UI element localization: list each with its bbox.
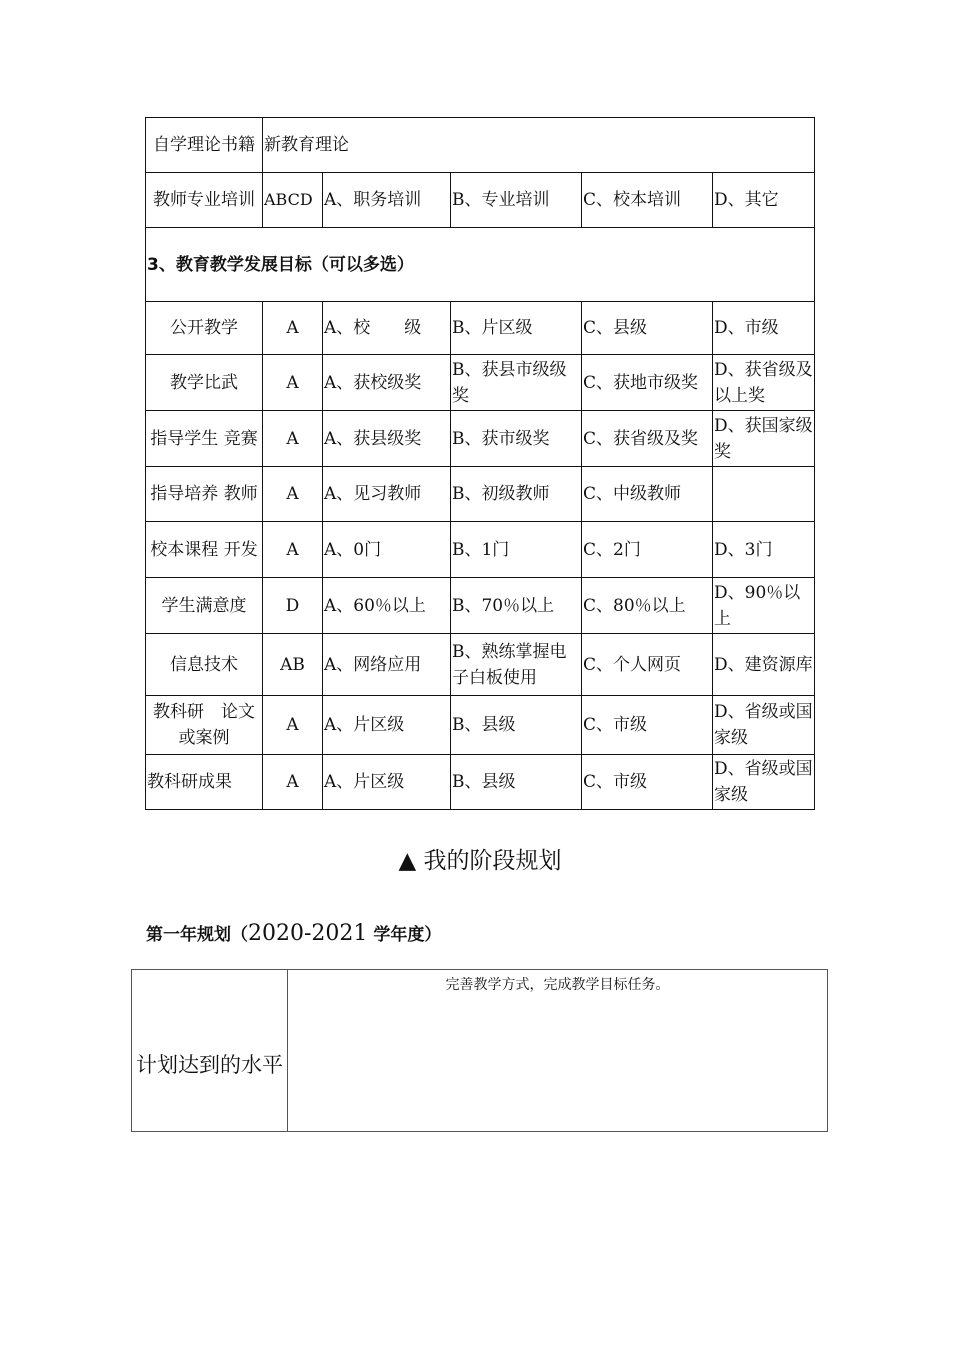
option-d: D、其它 <box>713 173 815 228</box>
table-row: 教科研 论文或案例 A A、片区级 B、县级 C、市级 D、省级或国家级 <box>146 696 815 755</box>
row-answer: A <box>263 302 323 355</box>
year-title-suffix: 学年度） <box>367 925 441 945</box>
table-row: 教科研成果 A A、片区级 B、县级 C、市级 D、省级或国家级 <box>146 755 815 810</box>
table-row: 校本课程 开发 A A、0门 B、1门 C、2门 D、3门 <box>146 522 815 578</box>
row-label: 教学比武 <box>146 355 263 411</box>
row-answer: ABCD <box>263 173 323 228</box>
year-plan-title: 第一年规划（2020-2021 学年度） <box>146 920 441 946</box>
option-b: B、获市级奖 <box>451 411 582 467</box>
option-b: B、县级 <box>451 696 582 755</box>
table-row: 指导学生 竞赛 A A、获县级奖 B、获市级奖 C、获省级及奖 D、获国家级奖 <box>146 411 815 467</box>
option-a: A、0门 <box>323 522 451 578</box>
row-answer: A <box>263 522 323 578</box>
row-value: 新教育理论 <box>263 118 815 173</box>
option-d <box>713 467 815 522</box>
row-answer: D <box>263 578 323 634</box>
option-d: D、市级 <box>713 302 815 355</box>
option-b: B、1门 <box>451 522 582 578</box>
option-a: A、网络应用 <box>323 634 451 696</box>
option-c: C、获省级及奖 <box>582 411 713 467</box>
year-range: 2020-2021 <box>248 921 367 946</box>
option-c: C、中级教师 <box>582 467 713 522</box>
section-heading-row: 3、教育教学发展目标（可以多选） <box>146 228 815 302</box>
row-answer: A <box>263 755 323 810</box>
option-d: D、省级或国家级 <box>713 696 815 755</box>
option-b: B、获县市级级奖 <box>451 355 582 411</box>
table-row: 教师专业培训 ABCD A、职务培训 B、专业培训 C、校本培训 D、其它 <box>146 173 815 228</box>
option-c: C、市级 <box>582 696 713 755</box>
row-label: 信息技术 <box>146 634 263 696</box>
option-a: A、获县级奖 <box>323 411 451 467</box>
option-a: A、片区级 <box>323 755 451 810</box>
option-c: C、2门 <box>582 522 713 578</box>
option-c: C、80％以上 <box>582 578 713 634</box>
option-d: D、3门 <box>713 522 815 578</box>
row-answer: A <box>263 355 323 411</box>
option-a: A、校 级 <box>323 302 451 355</box>
section-heading: 3、教育教学发展目标（可以多选） <box>146 228 815 302</box>
option-b: B、片区级 <box>451 302 582 355</box>
option-d: D、获省级及以上奖 <box>713 355 815 411</box>
option-a: A、见习教师 <box>323 467 451 522</box>
option-c: C、个人网页 <box>582 634 713 696</box>
plan-content: 完善教学方式，完成教学目标任务。 <box>288 970 828 1132</box>
option-b: B、70％以上 <box>451 578 582 634</box>
table-row: 教学比武 A A、获校级奖 B、获县市级级奖 C、获地市级奖 D、获省级及以上奖 <box>146 355 815 411</box>
option-d: D、90％以上 <box>713 578 815 634</box>
row-answer: AB <box>263 634 323 696</box>
table-row: 学生满意度 D A、60％以上 B、70％以上 C、80％以上 D、90％以上 <box>146 578 815 634</box>
row-label: 教师专业培训 <box>146 173 263 228</box>
option-b: B、初级教师 <box>451 467 582 522</box>
plan-label: 计划达到的水平 <box>132 970 288 1132</box>
row-label: 教科研成果 <box>146 755 263 810</box>
option-b: B、专业培训 <box>451 173 582 228</box>
year-title-prefix: 第一年规划（ <box>146 925 248 945</box>
row-label: 公开教学 <box>146 302 263 355</box>
option-c: C、校本培训 <box>582 173 713 228</box>
table-row: 信息技术 AB A、网络应用 B、熟练掌握电子白板使用 C、个人网页 D、建资源… <box>146 634 815 696</box>
table-row: 计划达到的水平 完善教学方式，完成教学目标任务。 <box>132 970 828 1132</box>
row-answer: A <box>263 696 323 755</box>
option-c: C、县级 <box>582 302 713 355</box>
row-label: 指导培养 教师 <box>146 467 263 522</box>
plan-table: 计划达到的水平 完善教学方式，完成教学目标任务。 <box>131 969 828 1132</box>
row-answer: A <box>263 467 323 522</box>
option-c: C、获地市级奖 <box>582 355 713 411</box>
table-row: 公开教学 A A、校 级 B、片区级 C、县级 D、市级 <box>146 302 815 355</box>
option-d: D、省级或国家级 <box>713 755 815 810</box>
option-b: B、熟练掌握电子白板使用 <box>451 634 582 696</box>
table-row: 指导培养 教师 A A、见习教师 B、初级教师 C、中级教师 <box>146 467 815 522</box>
row-label: 学生满意度 <box>146 578 263 634</box>
row-label: 校本课程 开发 <box>146 522 263 578</box>
table-row: 自学理论书籍 新教育理论 <box>146 118 815 173</box>
option-a: A、获校级奖 <box>323 355 451 411</box>
option-a: A、60％以上 <box>323 578 451 634</box>
option-c: C、市级 <box>582 755 713 810</box>
option-d: D、获国家级奖 <box>713 411 815 467</box>
option-b: B、县级 <box>451 755 582 810</box>
row-answer: A <box>263 411 323 467</box>
option-a: A、职务培训 <box>323 173 451 228</box>
option-d: D、建资源库 <box>713 634 815 696</box>
row-label: 教科研 论文或案例 <box>146 696 263 755</box>
stage-plan-title: ▲ 我的阶段规划 <box>0 842 960 875</box>
goals-table: 自学理论书籍 新教育理论 教师专业培训 ABCD A、职务培训 B、专业培训 C… <box>145 117 815 810</box>
row-label: 指导学生 竞赛 <box>146 411 263 467</box>
row-label: 自学理论书籍 <box>146 118 263 173</box>
option-a: A、片区级 <box>323 696 451 755</box>
